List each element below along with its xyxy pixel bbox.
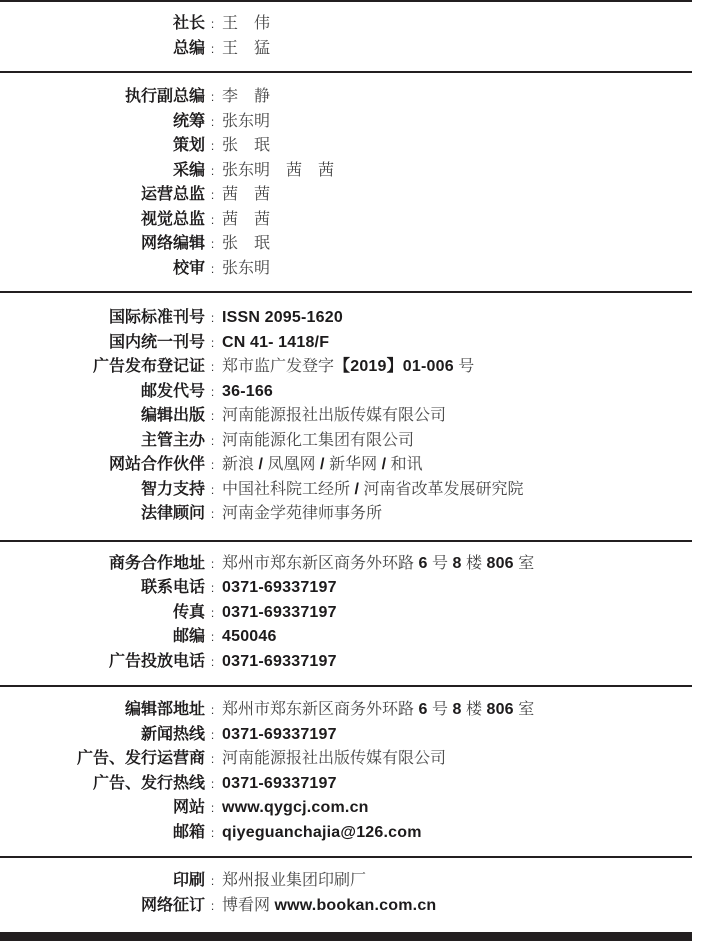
section-publication-info: 国际标准刊号:ISSN 2095-1620国内统一刊号:CN 41- 1418/…	[0, 291, 692, 540]
masthead-row: 主管主办:河南能源化工集团有限公司	[0, 429, 692, 454]
field-value: 郑州市郑东新区商务外环路 6 号 8 楼 806 室	[222, 552, 534, 577]
masthead-row: 商务合作地址:郑州市郑东新区商务外环路 6 号 8 楼 806 室	[0, 552, 692, 577]
field-value: 450046	[222, 625, 277, 650]
field-label: 编辑部地址	[0, 698, 205, 723]
value-cn-segment: 新华网	[325, 456, 382, 473]
field-colon: :	[205, 380, 220, 405]
value-latin-segment: 806	[486, 555, 513, 572]
value-latin-segment: 0371-69337197	[222, 579, 337, 596]
value-latin-segment: 8	[452, 555, 461, 572]
field-colon: :	[205, 894, 220, 919]
value-cn-segment: 张东明 茜 茜	[222, 162, 334, 179]
field-label: 广告投放电话	[0, 650, 205, 675]
field-value: 茜 茜	[222, 208, 270, 233]
field-value: 河南金学苑律师事务所	[222, 502, 382, 527]
field-colon: :	[205, 110, 220, 135]
value-cn-segment: 郑州市郑东新区商务外环路	[222, 701, 418, 718]
field-label: 传真	[0, 601, 205, 626]
field-colon: :	[205, 257, 220, 282]
masthead-row: 总编:王 猛	[0, 37, 692, 62]
value-cn-segment: 王 猛	[222, 40, 270, 57]
field-value: 茜 茜	[222, 183, 270, 208]
field-label: 智力支持	[0, 478, 205, 503]
value-cn-segment: 郑州市郑东新区商务外环路	[222, 555, 418, 572]
value-latin-segment: 1418/F	[278, 334, 329, 351]
field-value: 郑市监广发登字【2019】01-006 号	[222, 355, 474, 380]
masthead-row: 国内统一刊号:CN 41- 1418/F	[0, 331, 692, 356]
field-label: 国内统一刊号	[0, 331, 205, 356]
field-colon: :	[205, 134, 220, 159]
value-latin-segment: 0371-69337197	[222, 604, 337, 621]
masthead-row: 传真:0371-69337197	[0, 601, 692, 626]
masthead-row: 策划:张 珉	[0, 134, 692, 159]
field-label: 总编	[0, 37, 205, 62]
field-label: 法律顾问	[0, 502, 205, 527]
masthead-row: 社长:王 伟	[0, 12, 692, 37]
field-value: 河南能源报社出版传媒有限公司	[222, 404, 446, 429]
field-value: 张东明 茜 茜	[222, 159, 334, 184]
field-label: 新闻热线	[0, 723, 205, 748]
field-value: 张 珉	[222, 134, 270, 159]
field-label: 邮箱	[0, 821, 205, 846]
value-cn-segment: 郑州报业集团印刷厂	[222, 872, 366, 889]
field-label: 社长	[0, 12, 205, 37]
value-latin-segment: 0371-69337197	[222, 726, 337, 743]
field-label: 网络征订	[0, 894, 205, 919]
field-value: 新浪 / 凤凰网 / 新华网 / 和讯	[222, 453, 423, 478]
field-value: 李 静	[222, 85, 270, 110]
field-label: 国际标准刊号	[0, 306, 205, 331]
field-colon: :	[205, 208, 220, 233]
masthead-sections: 社长:王 伟总编:王 猛执行副总编:李 静统筹:张东明策划:张 珉采编:张东明 …	[0, 0, 692, 918]
field-value: 0371-69337197	[222, 576, 337, 601]
field-value: 张 珉	[222, 232, 270, 257]
value-cn-segment: 张 珉	[222, 137, 270, 154]
value-latin-segment: 0371-69337197	[222, 775, 337, 792]
masthead-row: 广告、发行热线:0371-69337197	[0, 772, 692, 797]
value-latin-segment: 8	[452, 701, 461, 718]
value-cn-segment: 博看网	[222, 897, 274, 914]
value-cn-segment: 号	[454, 358, 474, 375]
value-latin-segment: CN	[222, 334, 246, 351]
masthead-row: 联系电话:0371-69337197	[0, 576, 692, 601]
value-latin-segment: 0371-69337197	[222, 653, 337, 670]
field-colon: :	[205, 698, 220, 723]
section-business-contact: 商务合作地址:郑州市郑东新区商务外环路 6 号 8 楼 806 室联系电话:03…	[0, 540, 692, 686]
value-cn-segment: 李 静	[222, 88, 270, 105]
field-value: 王 伟	[222, 12, 270, 37]
masthead-row: 采编:张东明 茜 茜	[0, 159, 692, 184]
field-value: 河南能源报社出版传媒有限公司	[222, 747, 446, 772]
value-cn-segment: 张 珉	[222, 235, 270, 252]
value-cn-segment: 凤凰网	[263, 456, 320, 473]
field-colon: :	[205, 232, 220, 257]
value-latin-segment: www.qygcj.com.cn	[222, 799, 369, 816]
field-value: 张东明	[222, 110, 270, 135]
value-latin-segment: 6	[418, 555, 427, 572]
field-colon: :	[205, 552, 220, 577]
field-value: 0371-69337197	[222, 601, 337, 626]
value-cn-segment: 和讯	[386, 456, 422, 473]
value-latin-segment: 36-166	[222, 383, 273, 400]
masthead-row: 印刷:郑州报业集团印刷厂	[0, 869, 692, 894]
masthead-row: 网络征订:博看网 www.bookan.com.cn	[0, 894, 692, 919]
section-editorial-staff: 执行副总编:李 静统筹:张东明策划:张 珉采编:张东明 茜 茜运营总监:茜 茜视…	[0, 71, 692, 291]
field-value: 王 猛	[222, 37, 270, 62]
masthead-row: 编辑出版:河南能源报社出版传媒有限公司	[0, 404, 692, 429]
field-colon: :	[205, 747, 220, 772]
field-label: 视觉总监	[0, 208, 205, 233]
section-leadership: 社长:王 伟总编:王 猛	[0, 0, 692, 71]
value-cn-segment: 中国社科院工经所	[222, 481, 354, 498]
value-latin-segment: 450046	[222, 628, 277, 645]
field-colon: :	[205, 85, 220, 110]
field-colon: :	[205, 159, 220, 184]
value-cn-segment: 新浪	[222, 456, 258, 473]
value-cn-segment: 茜 茜	[222, 186, 270, 203]
value-latin-segment: www.bookan.com.cn	[274, 897, 436, 914]
field-colon: :	[205, 821, 220, 846]
field-colon: :	[205, 796, 220, 821]
masthead-row: 运营总监:茜 茜	[0, 183, 692, 208]
field-label: 广告、发行运营商	[0, 747, 205, 772]
value-cn-segment: 楼	[462, 555, 487, 572]
field-colon: :	[205, 12, 220, 37]
value-cn-segment: 河南金学苑律师事务所	[222, 505, 382, 522]
field-label: 运营总监	[0, 183, 205, 208]
field-label: 网站	[0, 796, 205, 821]
value-cn-segment: 室	[514, 701, 534, 718]
field-value: www.qygcj.com.cn	[222, 796, 369, 821]
section-editorial-contact: 编辑部地址:郑州市郑东新区商务外环路 6 号 8 楼 806 室新闻热线:037…	[0, 685, 692, 856]
masthead-row: 智力支持:中国社科院工经所 / 河南省改革发展研究院	[0, 478, 692, 503]
field-label: 采编	[0, 159, 205, 184]
field-value: 0371-69337197	[222, 723, 337, 748]
field-value: 0371-69337197	[222, 772, 337, 797]
value-latin-segment: 41-	[250, 334, 274, 351]
masthead-row: 网站合作伙伴:新浪 / 凤凰网 / 新华网 / 和讯	[0, 453, 692, 478]
value-latin-segment: 806	[486, 701, 513, 718]
field-colon: :	[205, 601, 220, 626]
masthead-row: 校审:张东明	[0, 257, 692, 282]
masthead-row: 统筹:张东明	[0, 110, 692, 135]
masthead-row: 网络编辑:张 珉	[0, 232, 692, 257]
field-label: 执行副总编	[0, 85, 205, 110]
masthead-row: 法律顾问:河南金学苑律师事务所	[0, 502, 692, 527]
field-value: 郑州市郑东新区商务外环路 6 号 8 楼 806 室	[222, 698, 534, 723]
field-colon: :	[205, 404, 220, 429]
field-value: 中国社科院工经所 / 河南省改革发展研究院	[222, 478, 524, 503]
field-label: 校审	[0, 257, 205, 282]
value-cn-segment: 室	[514, 555, 534, 572]
field-colon: :	[205, 331, 220, 356]
value-cn-segment: 张东明	[222, 260, 270, 277]
masthead-row: 新闻热线:0371-69337197	[0, 723, 692, 748]
value-cn-segment: 王 伟	[222, 15, 270, 32]
masthead-row: 视觉总监:茜 茜	[0, 208, 692, 233]
field-value: 36-166	[222, 380, 273, 405]
value-cn-segment: 河南能源报社出版传媒有限公司	[222, 750, 446, 767]
value-latin-segment: 2095-1620	[265, 309, 343, 326]
value-cn-segment: 楼	[462, 701, 487, 718]
masthead-row: 邮发代号:36-166	[0, 380, 692, 405]
footer-bar	[0, 932, 692, 941]
value-cn-segment: 河南能源化工集团有限公司	[222, 432, 414, 449]
field-colon: :	[205, 625, 220, 650]
field-label: 邮编	[0, 625, 205, 650]
section-printing-subscription: 印刷:郑州报业集团印刷厂网络征订:博看网 www.bookan.com.cn	[0, 856, 692, 918]
value-latin-segment: ISSN	[222, 309, 260, 326]
field-label: 主管主办	[0, 429, 205, 454]
masthead-page: 社长:王 伟总编:王 猛执行副总编:李 静统筹:张东明策划:张 珉采编:张东明 …	[0, 0, 713, 943]
field-colon: :	[205, 576, 220, 601]
field-colon: :	[205, 723, 220, 748]
value-cn-segment: 号	[428, 555, 453, 572]
field-label: 联系电话	[0, 576, 205, 601]
field-colon: :	[205, 772, 220, 797]
field-colon: :	[205, 183, 220, 208]
field-label: 广告、发行热线	[0, 772, 205, 797]
field-label: 网络编辑	[0, 232, 205, 257]
field-value: qiyeguanchajia@126.com	[222, 821, 422, 846]
field-value: 河南能源化工集团有限公司	[222, 429, 414, 454]
masthead-row: 广告发布登记证:郑市监广发登字【2019】01-006 号	[0, 355, 692, 380]
field-value: CN 41- 1418/F	[222, 331, 329, 356]
masthead-row: 编辑部地址:郑州市郑东新区商务外环路 6 号 8 楼 806 室	[0, 698, 692, 723]
masthead-row: 邮编:450046	[0, 625, 692, 650]
value-latin-segment: qiyeguanchajia@126.com	[222, 824, 422, 841]
value-cn-segment: 河南省改革发展研究院	[359, 481, 523, 498]
value-cn-segment: 茜 茜	[222, 211, 270, 228]
field-colon: :	[205, 37, 220, 62]
field-value: 郑州报业集团印刷厂	[222, 869, 366, 894]
value-latin-segment: 6	[418, 701, 427, 718]
value-latin-segment: 【2019】01-006	[334, 358, 454, 375]
masthead-row: 执行副总编:李 静	[0, 85, 692, 110]
field-label: 策划	[0, 134, 205, 159]
field-colon: :	[205, 869, 220, 894]
field-colon: :	[205, 453, 220, 478]
field-label: 网站合作伙伴	[0, 453, 205, 478]
field-colon: :	[205, 355, 220, 380]
field-colon: :	[205, 650, 220, 675]
value-cn-segment: 郑市监广发登字	[222, 358, 334, 375]
field-label: 编辑出版	[0, 404, 205, 429]
field-label: 广告发布登记证	[0, 355, 205, 380]
masthead-row: 网站:www.qygcj.com.cn	[0, 796, 692, 821]
field-colon: :	[205, 502, 220, 527]
value-cn-segment: 号	[428, 701, 453, 718]
field-value: 0371-69337197	[222, 650, 337, 675]
field-label: 商务合作地址	[0, 552, 205, 577]
field-colon: :	[205, 478, 220, 503]
masthead-row: 国际标准刊号:ISSN 2095-1620	[0, 306, 692, 331]
field-label: 印刷	[0, 869, 205, 894]
field-value: 博看网 www.bookan.com.cn	[222, 894, 436, 919]
value-cn-segment: 张东明	[222, 113, 270, 130]
field-colon: :	[205, 429, 220, 454]
field-label: 邮发代号	[0, 380, 205, 405]
masthead-row: 广告、发行运营商:河南能源报社出版传媒有限公司	[0, 747, 692, 772]
masthead-row: 邮箱:qiyeguanchajia@126.com	[0, 821, 692, 846]
value-cn-segment: 河南能源报社出版传媒有限公司	[222, 407, 446, 424]
field-label: 统筹	[0, 110, 205, 135]
field-colon: :	[205, 306, 220, 331]
field-value: ISSN 2095-1620	[222, 306, 343, 331]
field-value: 张东明	[222, 257, 270, 282]
masthead-row: 广告投放电话:0371-69337197	[0, 650, 692, 675]
